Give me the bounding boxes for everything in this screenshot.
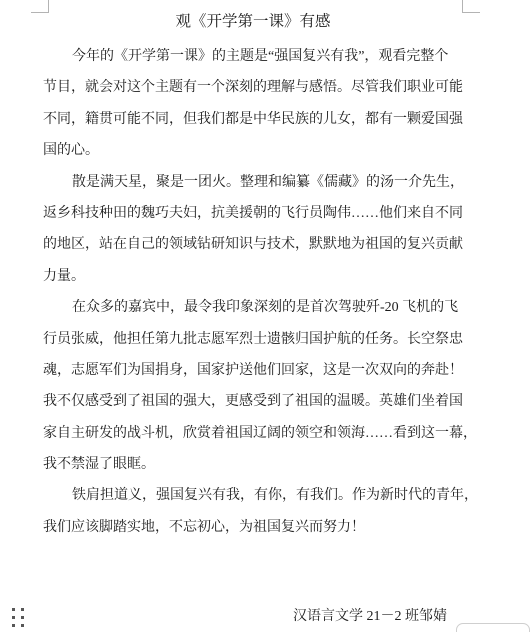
bottom-popup-partial[interactable] xyxy=(456,623,530,632)
signature-line: 汉语言文学 21－2 班邹婧 xyxy=(43,601,447,632)
paragraph-line: 铁肩担道义，强国复兴有我，有你，有我们。作为新时代的青年， xyxy=(43,480,467,511)
handle-dot xyxy=(12,608,15,611)
handle-dot xyxy=(12,624,15,627)
paragraph-line: 家自主研发的战斗机，欣赏着祖国辽阔的领空和领海……看到这一幕， xyxy=(43,418,467,449)
text-boundary-mark-top-right xyxy=(462,0,480,13)
handle-dot xyxy=(21,608,24,611)
paragraph-line: 节目，就会对这个主题有一个深刻的理解与感悟。尽管我们职业可能 xyxy=(43,72,467,103)
paragraph-line: 我不禁湿了眼眶。 xyxy=(43,449,467,480)
handle-dot xyxy=(12,616,15,619)
handle-dot xyxy=(21,616,24,619)
document-page: 观《开学第一课》有感 今年的《开学第一课》的主题是“强国复兴有我”，观看完整个节… xyxy=(0,0,532,632)
paragraph-line: 行员张威，他担任第九批志愿军烈士遗骸归国护航的任务。长空祭忠 xyxy=(43,324,467,355)
paragraph-line: 的地区，站在自己的领域钻研知识与技术，默默地为祖国的复兴贡献 xyxy=(43,229,467,260)
paragraph-line: 力量。 xyxy=(43,261,467,292)
paragraph-line: 不同，籍贯可能不同，但我们都是中华民族的儿女，都有一颗爱国强 xyxy=(43,104,467,135)
paragraph-line: 我不仅感受到了祖国的强大，更感受到了祖国的温暖。英雄们坐着国 xyxy=(43,386,467,417)
paragraph-line: 国的心。 xyxy=(43,135,467,166)
paragraph-line: 我们应该脚踏实地，不忘初心，为祖国复兴而努力！ xyxy=(43,512,467,543)
document-body: 今年的《开学第一课》的主题是“强国复兴有我”，观看完整个节目，就会对这个主题有一… xyxy=(43,41,467,543)
paragraph-line: 返乡科技种田的魏巧夫妇，抗美援朝的飞行员陶伟……他们来自不同 xyxy=(43,198,467,229)
document-title: 观《开学第一课》有感 xyxy=(43,6,463,37)
paragraph-line: 在众多的嘉宾中，最令我印象深刻的是首次驾驶歼-20 飞机的飞 xyxy=(43,292,467,323)
drag-handle-icon[interactable] xyxy=(12,608,24,627)
paragraph-line: 散是满天星，聚是一团火。整理和编纂《儒藏》的汤一介先生， xyxy=(43,167,467,198)
handle-dot xyxy=(21,624,24,627)
paragraph-line: 今年的《开学第一课》的主题是“强国复兴有我”，观看完整个 xyxy=(43,41,467,72)
paragraph-line: 魂，志愿军们为国捐身，国家护送他们回家，这是一次双向的奔赴！ xyxy=(43,355,467,386)
